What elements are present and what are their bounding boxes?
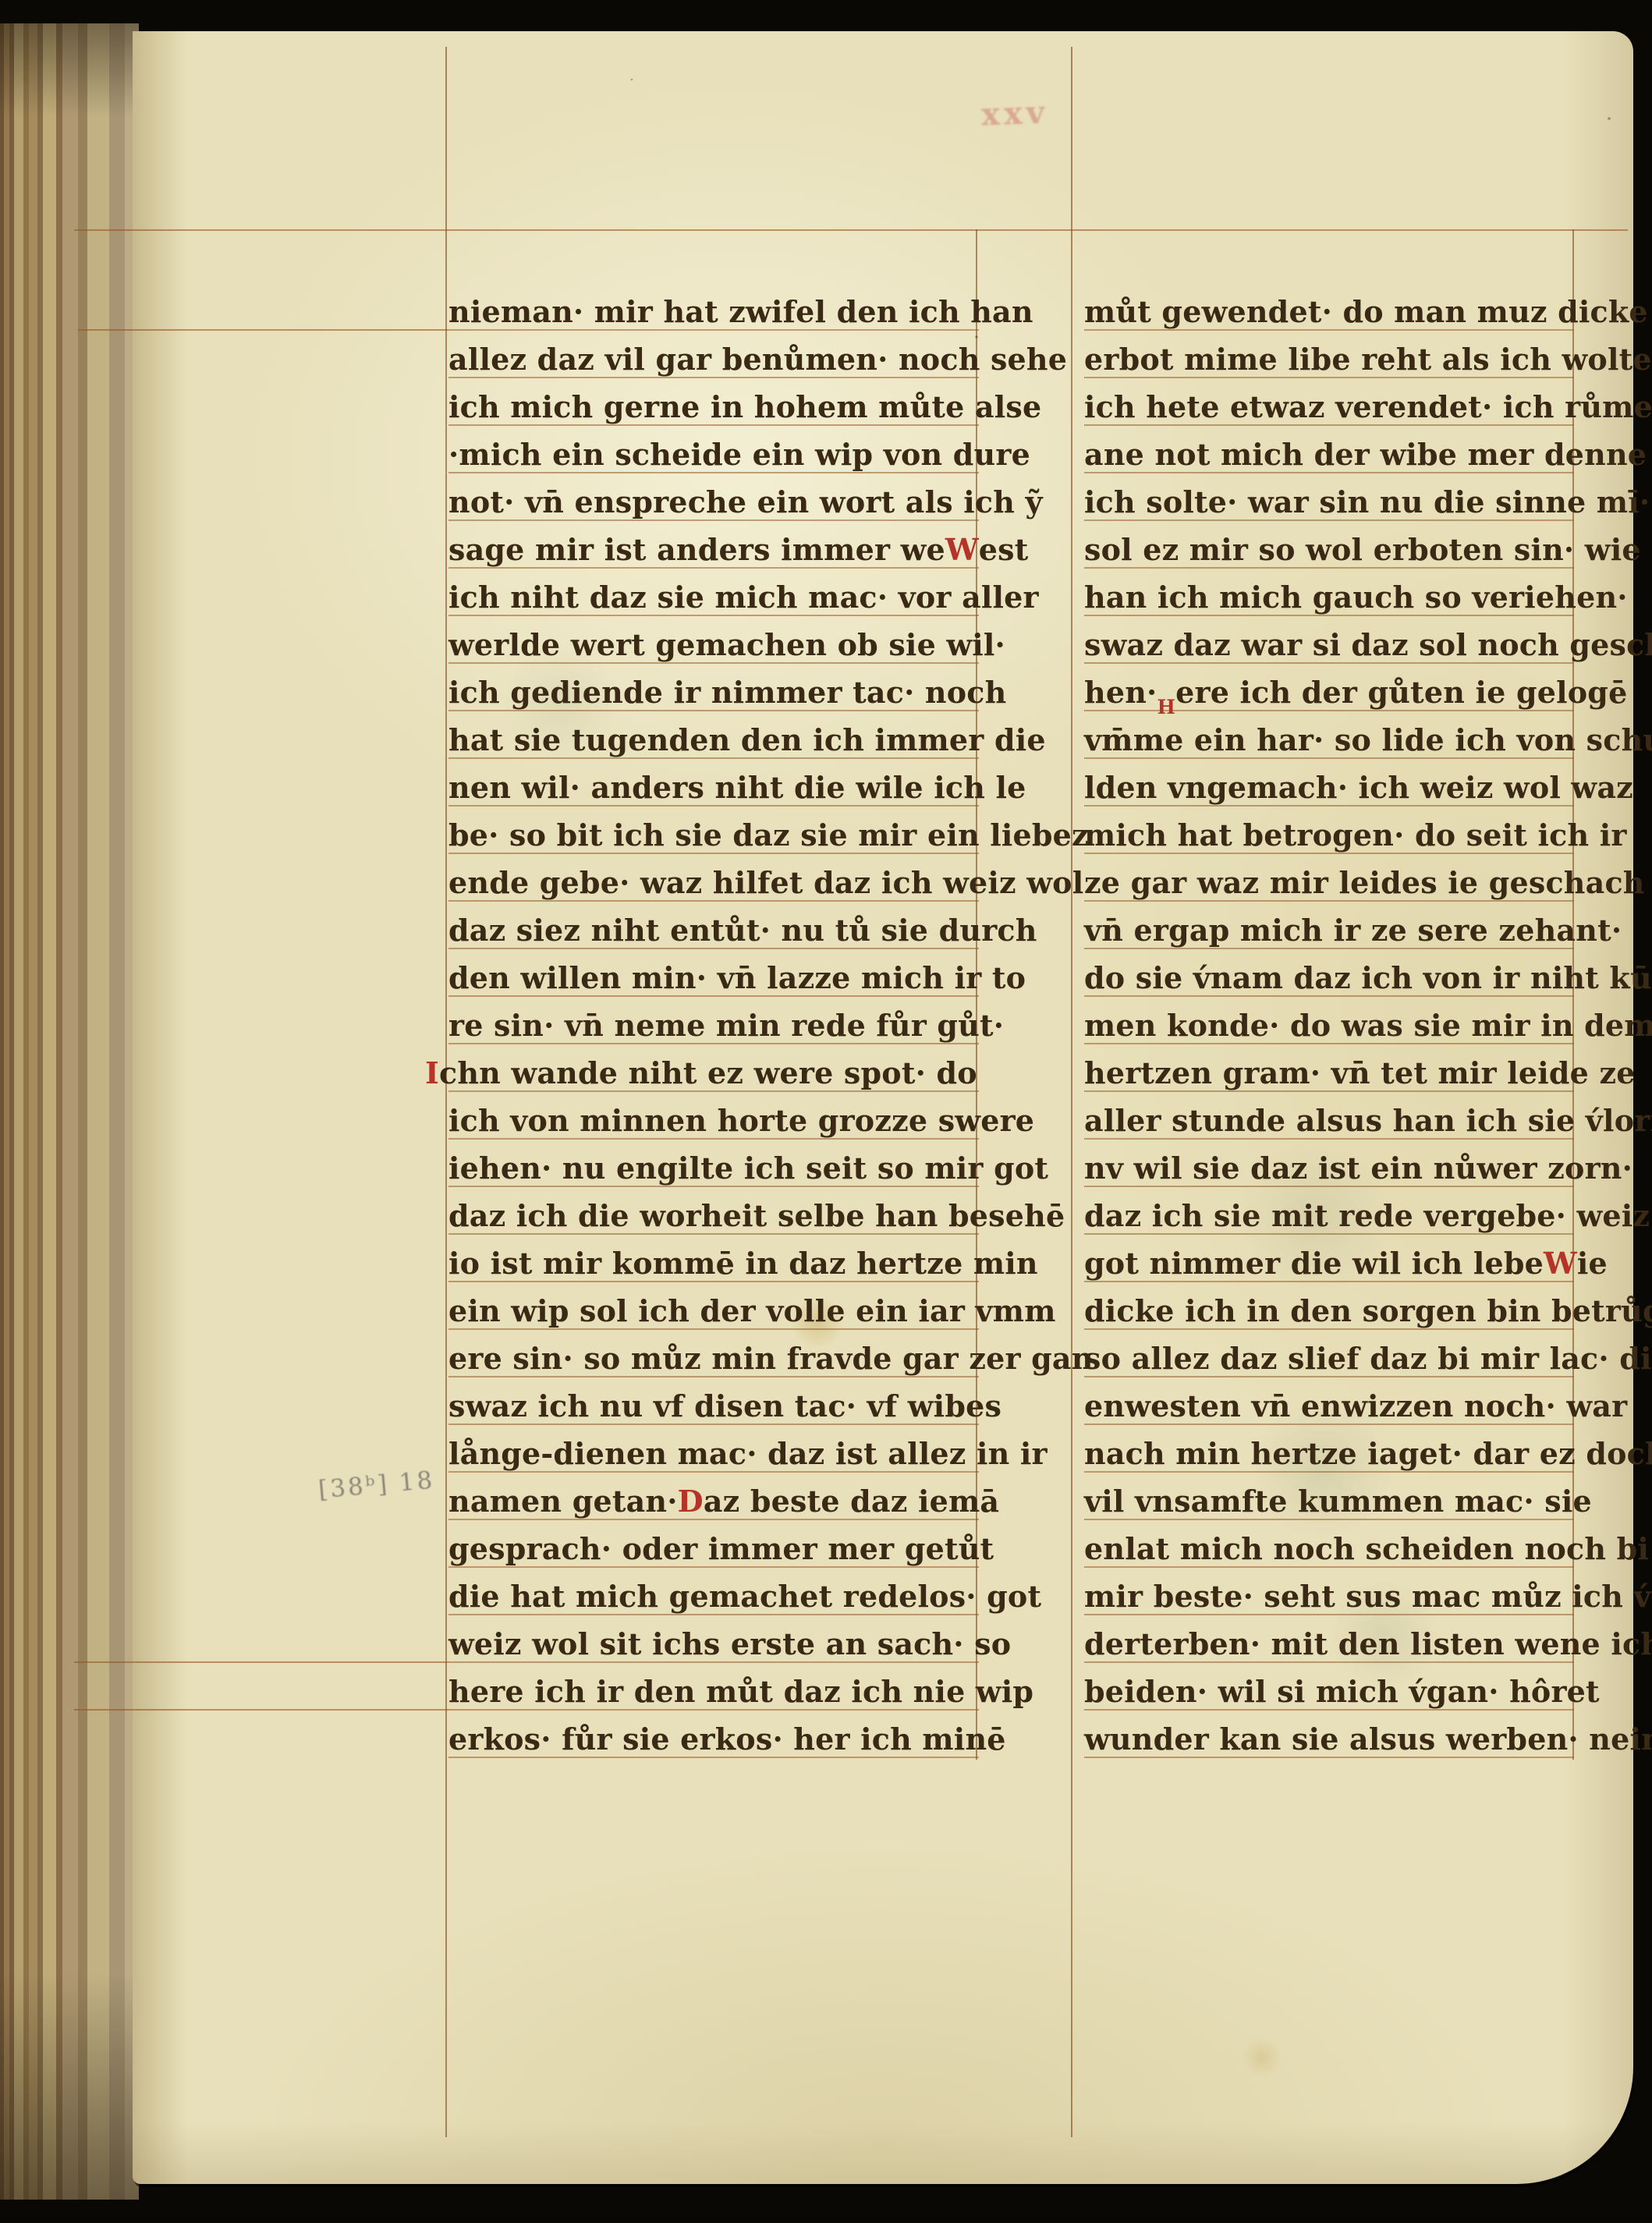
- manuscript-text-line: ·mich ein scheide ein wip von dure: [448, 426, 979, 473]
- text-run: ein wip sol ich der volle ein iar vmm: [448, 1296, 1056, 1326]
- manuscript-text-line: den willen min· vn̄ lazze mich ir to: [448, 949, 979, 997]
- text-run: můt gewendet· do man muz dicke: [1084, 297, 1648, 327]
- text-run: swaz ich nu vf disen tac· vf wibes: [448, 1392, 1001, 1421]
- text-run: so allez daz slief daz bi mir lac· die: [1084, 1344, 1652, 1374]
- rubric-initial: I: [425, 1058, 439, 1088]
- text-run: swaz daz war si daz sol noch gesche: [1084, 630, 1652, 660]
- text-run: erkos· fůr sie erkos· her ich minē: [448, 1725, 1006, 1754]
- ruling-vertical-col-b-left: [1071, 47, 1072, 2137]
- manuscript-text-line: ich mich gerne in hohem můte alse: [448, 378, 979, 426]
- manuscript-text-line: nen wil· anders niht die wile ich le: [448, 759, 979, 807]
- manuscript-text-line: erbot mime libe reht als ich wolte·: [1084, 331, 1574, 378]
- manuscript-text-line: nieman· mir hat zwifel den ich han: [448, 283, 979, 331]
- manuscript-text-line: derterben· mit den listen wene ich: [1084, 1615, 1574, 1663]
- ruling-vertical-col-a-left: [445, 47, 447, 2137]
- text-run: beiden· wil si mich v́gan· hôret: [1084, 1677, 1600, 1707]
- text-run: ze gar waz mir leides ie geschach: [1084, 868, 1645, 898]
- manuscript-text-line: ich hete etwaz verendet· ich růme: [1084, 378, 1574, 426]
- text-run: ich von minnen horte grozze swere: [448, 1106, 1034, 1136]
- ruling-horizontal-row29-stub: [74, 1661, 448, 1663]
- text-run: nieman· mir hat zwifel den ich han: [448, 297, 1033, 327]
- text-run: sol ez mir so wol erboten sin· wie: [1084, 535, 1641, 565]
- rubric-initial: D: [678, 1487, 704, 1516]
- manuscript-text-line: mich hat betrogen· do seit ich ir: [1084, 807, 1574, 854]
- text-run: lden vngemach· ich weiz wol waz: [1084, 773, 1633, 803]
- text-column-a: nieman· mir hat zwifel den ich hanallez …: [448, 283, 979, 1758]
- text-run: vm̄me ein har· so lide ich von schu: [1084, 725, 1652, 755]
- manuscript-text-line: gesprach· oder immer mer getůt: [448, 1520, 979, 1568]
- manuscript-text-line: ich von minnen horte grozze swere: [448, 1092, 979, 1140]
- text-run: be· so bit ich sie daz sie mir ein liebe…: [448, 821, 1089, 850]
- manuscript-text-line: swaz daz war si daz sol noch gesche: [1084, 616, 1574, 664]
- text-run: ich niht daz sie mich mac· vor aller: [448, 583, 1039, 612]
- text-run: gesprach· oder immer mer getůt: [448, 1534, 994, 1564]
- manuscript-text-line: men konde· do was sie mir in dem: [1084, 997, 1574, 1044]
- text-run: nen wil· anders niht die wile ich le: [448, 773, 1026, 803]
- text-run: allez daz vil gar benůmen· noch sehe: [448, 345, 1067, 374]
- manuscript-text-line: můt gewendet· do man muz dicke: [1084, 283, 1574, 331]
- text-run: ie: [1577, 1249, 1608, 1278]
- text-run: az beste daz iemā: [704, 1487, 999, 1516]
- manuscript-text-line: vn̄ ergap mich ir ze sere zehant·: [1084, 902, 1574, 949]
- text-run: ende gebe· waz hilfet daz ich weiz wol: [448, 868, 1083, 898]
- manuscript-text-line: daz ich die worheit selbe han besehē: [448, 1187, 979, 1235]
- manuscript-text-line: allez daz vil gar benůmen· noch sehe: [448, 331, 979, 378]
- book-fore-edge: [0, 23, 139, 2200]
- manuscript-text-line: beiden· wil si mich v́gan· hôret: [1084, 1663, 1574, 1711]
- manuscript-text-line: ein wip sol ich der volle ein iar vmm: [448, 1282, 979, 1330]
- text-run: chn wande niht ez were spot· do: [439, 1058, 977, 1088]
- manuscript-text-line: hen· Here ich der gůten ie gelogē: [1084, 664, 1574, 711]
- text-run: derterben· mit den listen wene ich: [1084, 1629, 1652, 1659]
- text-run: vn̄ ergap mich ir ze sere zehant·: [1084, 916, 1622, 945]
- text-run: hertzen gram· vn̄ tet mir leide ze: [1084, 1058, 1636, 1088]
- text-run: han ich mich gauch so veriehen·: [1084, 583, 1628, 612]
- manuscript-text-line: mir beste· seht sus mac můz ich v́: [1084, 1568, 1574, 1615]
- manuscript-text-line: ende gebe· waz hilfet daz ich weiz wol: [448, 854, 979, 902]
- text-run: here ich ir den můt daz ich nie wip: [448, 1677, 1033, 1707]
- text-run: not· vn̄ enspreche ein wort als ich ỹ: [448, 487, 1043, 517]
- text-run: nach min hertze iaget· dar ez doch: [1084, 1439, 1652, 1469]
- manuscript-text-line: ich gediende ir nimmer tac· noch: [448, 664, 979, 711]
- text-run: ere sin· so můz min fravde gar zer gan: [448, 1344, 1094, 1374]
- text-run: iehen· nu engilte ich seit so mir got: [448, 1154, 1048, 1183]
- manuscript-text-line: sage mir ist anders immer we West: [448, 521, 979, 569]
- text-run: die hat mich gemachet redelos· got: [448, 1582, 1041, 1611]
- text-run: re sin· vn̄ neme min rede fůr gůt·: [448, 1011, 1004, 1041]
- manuscript-text-line: nach min hertze iaget· dar ez doch: [1084, 1425, 1574, 1473]
- manuscript-text-line: weiz wol sit ichs erste an sach· so: [448, 1615, 979, 1663]
- manuscript-text-line: han ich mich gauch so veriehen·: [1084, 569, 1574, 616]
- text-run: mich hat betrogen· do seit ich ir: [1084, 821, 1627, 850]
- text-run: weiz wol sit ichs erste an sach· so: [448, 1629, 1011, 1659]
- manuscript-text-line: ze gar waz mir leides ie geschach: [1084, 854, 1574, 902]
- rubric-initial: W: [1544, 1249, 1577, 1278]
- quire-mark-red: xxv: [980, 94, 1049, 133]
- manuscript-text-line: dicke ich in den sorgen bin betrůget: [1084, 1282, 1574, 1330]
- manuscript-text-line: wunder kan sie alsus werben· nein: [1084, 1711, 1574, 1758]
- text-run: got nimmer die wil ich lebe: [1084, 1249, 1544, 1278]
- manuscript-text-line: daz siez niht entůt· nu tů sie durch: [448, 902, 979, 949]
- text-run: enlat mich noch scheiden noch bi: [1084, 1534, 1649, 1564]
- manuscript-text-line: lden vngemach· ich weiz wol waz: [1084, 759, 1574, 807]
- ruling-horizontal-row30-stub: [74, 1709, 448, 1711]
- manuscript-text-line: ich solte· war sin nu die sinne mī·: [1084, 473, 1574, 521]
- manuscript-text-line: namen getan· Daz beste daz iemā: [448, 1473, 979, 1520]
- text-run: ich hete etwaz verendet· ich růme: [1084, 392, 1652, 422]
- text-run: daz ich die worheit selbe han besehē: [448, 1201, 1065, 1231]
- text-run: wunder kan sie alsus werben· nein: [1084, 1725, 1652, 1754]
- text-run: enwesten vn̄ enwizzen noch· war: [1084, 1392, 1627, 1421]
- manuscript-text-line: ane not mich der wibe mer denne: [1084, 426, 1574, 473]
- manuscript-text-line: got nimmer die wil ich lebe Wie: [1084, 1235, 1574, 1282]
- manuscript-text-line: swaz ich nu vf disen tac· vf wibes: [448, 1377, 979, 1425]
- text-run: namen getan·: [448, 1487, 678, 1516]
- manuscript-text-line: iehen· nu engilte ich seit so mir got: [448, 1140, 979, 1187]
- manuscript-text-line: sol ez mir so wol erboten sin· wie: [1084, 521, 1574, 569]
- manuscript-page-photo: { "page": { "description": "Medieval par…: [0, 0, 1652, 2223]
- manuscript-text-line: aller stunde alsus han ich sie v́lorn·: [1084, 1092, 1574, 1140]
- text-run: aller stunde alsus han ich sie v́lorn·: [1084, 1106, 1652, 1136]
- text-run: erbot mime libe reht als ich wolte·: [1084, 345, 1652, 374]
- manuscript-text-line: do sie v́nam daz ich von ir niht kū: [1084, 949, 1574, 997]
- text-run: vil vnsamfte kummen mac· sie: [1084, 1487, 1592, 1516]
- manuscript-text-line: vm̄me ein har· so lide ich von schu: [1084, 711, 1574, 759]
- manuscript-text-line: io ist mir kommē in daz hertze min: [448, 1235, 979, 1282]
- text-run: ich solte· war sin nu die sinne mī·: [1084, 487, 1650, 517]
- text-run: långe-dienen mac· daz ist allez in ir: [448, 1439, 1048, 1469]
- text-run: hat sie tugenden den ich immer die: [448, 725, 1046, 755]
- text-run: den willen min· vn̄ lazze mich ir to: [448, 963, 1026, 993]
- text-run: do sie v́nam daz ich von ir niht kū: [1084, 963, 1652, 993]
- manuscript-text-line: so allez daz slief daz bi mir lac· die: [1084, 1330, 1574, 1377]
- text-run: sage mir ist anders immer we: [448, 535, 945, 565]
- manuscript-text-line: enlat mich noch scheiden noch bi: [1084, 1520, 1574, 1568]
- ruling-horizontal-row1-stub: [78, 329, 448, 331]
- manuscript-text-line: ere sin· so můz min fravde gar zer gan: [448, 1330, 979, 1377]
- manuscript-text-line: hat sie tugenden den ich immer die: [448, 711, 979, 759]
- text-run: daz ich sie mit rede vergebe· weiz: [1084, 1201, 1650, 1231]
- manuscript-text-line: erkos· fůr sie erkos· her ich minē: [448, 1711, 979, 1758]
- text-run: daz siez niht entůt· nu tů sie durch: [448, 916, 1037, 945]
- text-run: est: [979, 535, 1029, 565]
- manuscript-text-line: not· vn̄ enspreche ein wort als ich ỹ: [448, 473, 979, 521]
- text-run: ane not mich der wibe mer denne: [1084, 440, 1647, 470]
- manuscript-text-line: re sin· vn̄ neme min rede fůr gůt·: [448, 997, 979, 1044]
- manuscript-text-line: vil vnsamfte kummen mac· sie: [1084, 1473, 1574, 1520]
- text-run: men konde· do was sie mir in dem: [1084, 1011, 1652, 1041]
- text-run: hen·: [1084, 678, 1157, 707]
- text-run: mir beste· seht sus mac můz ich v́: [1084, 1582, 1651, 1611]
- text-run: nv wil sie daz ist ein nůwer zorn·: [1084, 1154, 1633, 1183]
- manuscript-text-line: here ich ir den můt daz ich nie wip: [448, 1663, 979, 1711]
- rubric-initial: W: [945, 535, 979, 565]
- manuscript-text-line: die hat mich gemachet redelos· got: [448, 1568, 979, 1615]
- manuscript-text-line: nv wil sie daz ist ein nůwer zorn·: [1084, 1140, 1574, 1187]
- text-run: ich gediende ir nimmer tac· noch: [448, 678, 1006, 707]
- text-run: ere ich der gůten ie gelogē: [1175, 678, 1627, 707]
- text-run: ich mich gerne in hohem můte alse: [448, 392, 1041, 422]
- manuscript-text-line: daz ich sie mit rede vergebe· weiz: [1084, 1187, 1574, 1235]
- text-run: ·mich ein scheide ein wip von dure: [448, 440, 1030, 470]
- manuscript-text-line: Ichn wande niht ez were spot· do: [448, 1044, 979, 1092]
- manuscript-text-line: ich niht daz sie mich mac· vor aller: [448, 569, 979, 616]
- manuscript-text-line: långe-dienen mac· daz ist allez in ir: [448, 1425, 979, 1473]
- text-run: dicke ich in den sorgen bin betrůget: [1084, 1296, 1652, 1326]
- manuscript-text-line: be· so bit ich sie daz sie mir ein liebe…: [448, 807, 979, 854]
- manuscript-text-line: hertzen gram· vn̄ tet mir leide ze: [1084, 1044, 1574, 1092]
- manuscript-text-line: enwesten vn̄ enwizzen noch· war: [1084, 1377, 1574, 1425]
- text-run: werlde wert gemachen ob sie wil·: [448, 630, 1005, 660]
- text-run: io ist mir kommē in daz hertze min: [448, 1249, 1038, 1278]
- ruling-horizontal-top: [74, 229, 1628, 231]
- manuscript-text-line: werlde wert gemachen ob sie wil·: [448, 616, 979, 664]
- text-column-b: můt gewendet· do man muz dickeerbot mime…: [1084, 283, 1574, 1758]
